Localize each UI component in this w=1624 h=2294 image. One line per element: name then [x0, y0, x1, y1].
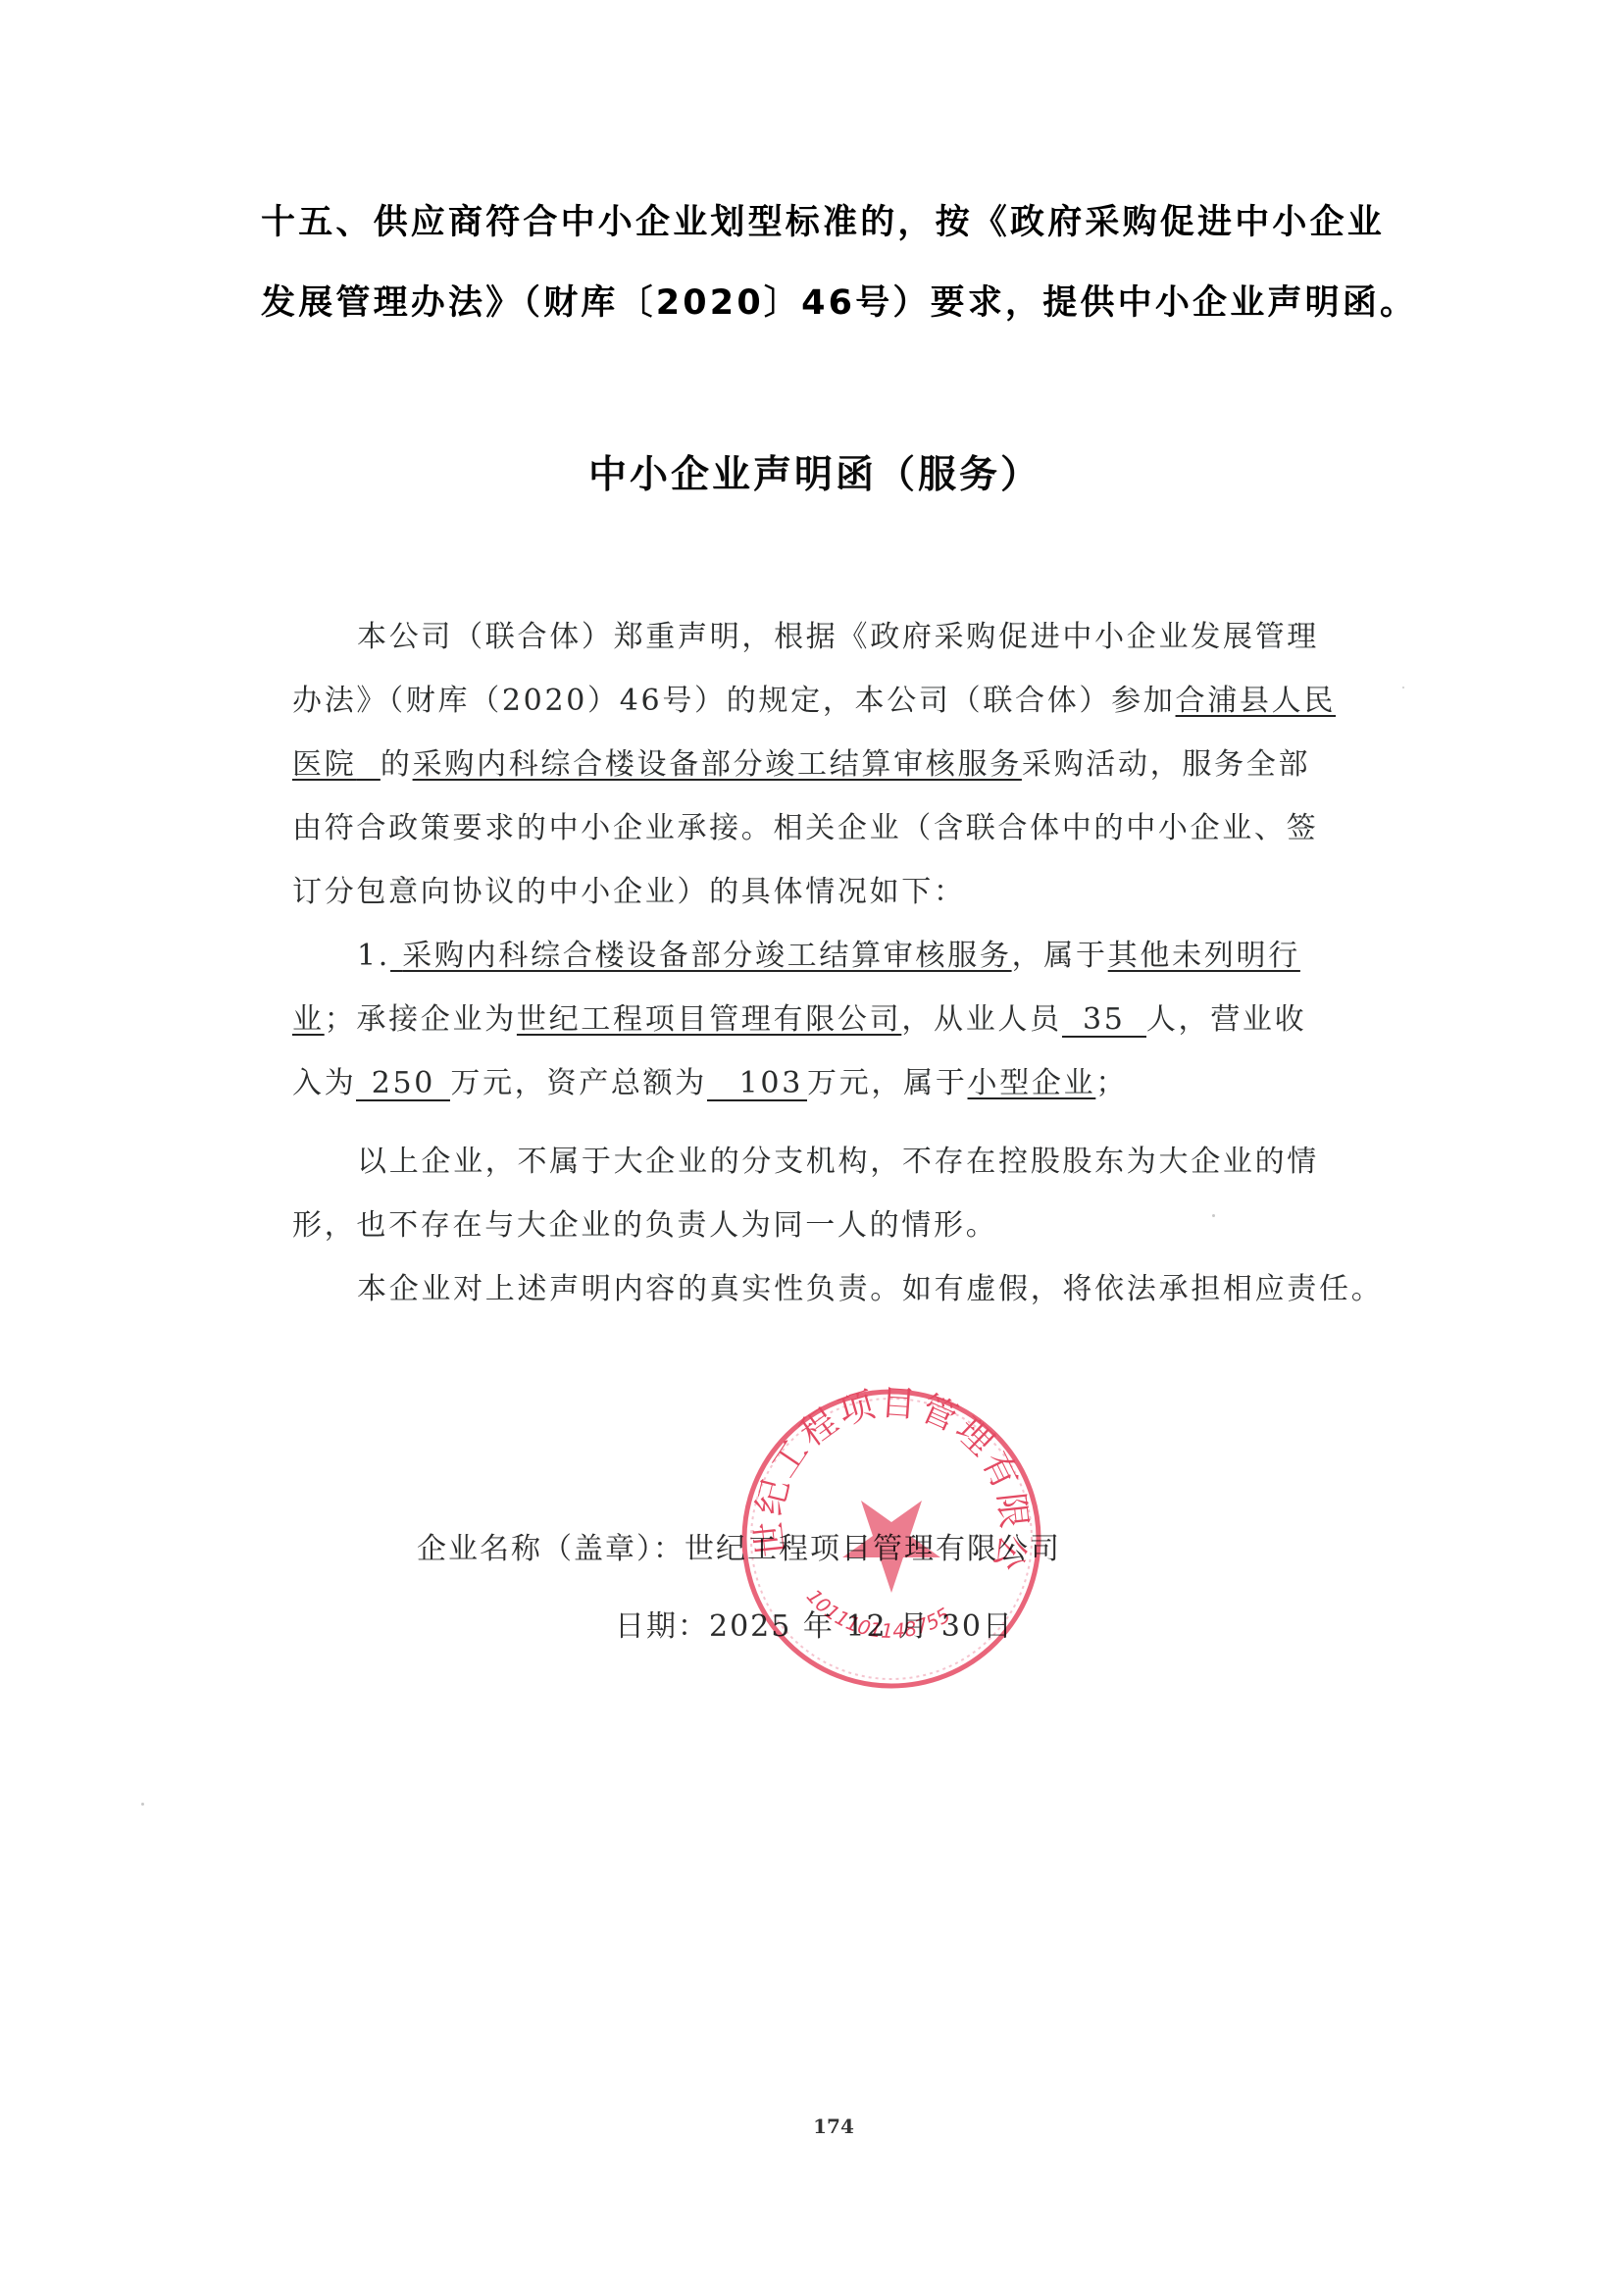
declaration-line-1: 本公司（联合体）郑重声明，根据《政府采购促进中小企业发展管理	[357, 620, 1319, 655]
declaration-text: 采购活动，服务全部	[1022, 747, 1310, 782]
item-number: 1.	[357, 939, 390, 973]
assets-field: 103	[707, 1068, 807, 1101]
enterprise-type-field: 小型企业	[968, 1066, 1096, 1100]
document-title: 中小企业声明函（服务）	[0, 453, 1624, 498]
declaration-line-5: 订分包意向协议的中小企业）的具体情况如下：	[292, 875, 966, 910]
item-text: ；	[1095, 1066, 1128, 1100]
date-label: 日期：	[615, 1609, 709, 1644]
company-seal-stamp: 世纪工程项目管理有限公司 1011101148755	[737, 1385, 1045, 1693]
project-name-field: 采购内科综合楼设备部分竣工结算审核服务	[413, 747, 1022, 782]
seal-icon: 世纪工程项目管理有限公司 1011101148755	[737, 1385, 1045, 1693]
item-1-line-1: 1. 采购内科综合楼设备部分竣工结算审核服务，属于其他未列明行	[357, 939, 1300, 974]
service-name-text: 采购内科综合楼设备部分竣工结算审核服务	[402, 939, 1011, 973]
item-text: 万元，属于	[807, 1066, 968, 1100]
item-text: 万元，资产总额为	[450, 1066, 707, 1100]
scan-speck	[141, 1803, 144, 1806]
purchaser-name-text: 医院	[292, 747, 356, 782]
declaration-text: 办法》（财库（2020）46号）的规定，本公司（联合体）参加	[292, 684, 1176, 718]
declaration-text: 的	[381, 747, 413, 782]
revenue-value: 250	[372, 1066, 435, 1100]
scan-speck	[1402, 687, 1404, 688]
responsibility-statement: 本企业对上述声明内容的真实性负责。如有虚假，将依法承担相应责任。	[357, 1272, 1383, 1307]
item-text: 人，营业收	[1146, 1002, 1307, 1037]
industry-field-cont: 业	[292, 1002, 325, 1037]
declaration-line-3: 医院 的采购内科综合楼设备部分竣工结算审核服务采购活动，服务全部	[292, 747, 1310, 783]
purchaser-name-field: 合浦县人民	[1176, 684, 1337, 718]
page-number: 174	[0, 2115, 1624, 2138]
item-1-line-3: 入为250万元，资产总额为103万元，属于小型企业；	[292, 1066, 1128, 1101]
declaration-line-2: 办法》（财库（2020）46号）的规定，本公司（联合体）参加合浦县人民	[292, 684, 1336, 719]
assets-value: 103	[739, 1066, 803, 1100]
contractor-name-field: 世纪工程项目管理有限公司	[517, 1002, 901, 1037]
statement-line-1: 以上企业，不属于大企业的分支机构，不存在控股股东为大企业的情	[357, 1145, 1319, 1180]
company-label: 企业名称（盖章）：	[417, 1532, 685, 1566]
service-name-field: 采购内科综合楼设备部分竣工结算审核服务	[390, 939, 1012, 973]
employees-field: 35	[1062, 1004, 1146, 1038]
star-icon	[842, 1501, 940, 1593]
item-1-line-2: 业；承接企业为世纪工程项目管理有限公司，从业人员35人，营业收	[292, 1002, 1306, 1038]
statement-line-2: 形，也不存在与大企业的负责人为同一人的情形。	[292, 1208, 997, 1244]
svg-text:1011101148755: 1011101148755	[802, 1585, 954, 1643]
item-text: ，从业人员	[901, 1002, 1062, 1037]
item-text: 入为	[292, 1066, 356, 1100]
item-text: ，属于	[1012, 939, 1108, 973]
employees-value: 35	[1083, 1002, 1126, 1037]
section-heading-line-1: 十五、供应商符合中小企业划型标准的，按《政府采购促进中小企业	[261, 203, 1385, 242]
scan-speck	[1212, 1214, 1215, 1217]
item-text: ；承接企业为	[325, 1002, 517, 1037]
purchaser-name-field-cont: 医院	[292, 747, 381, 782]
revenue-field: 250	[356, 1068, 450, 1101]
declaration-line-4: 由符合政策要求的中小企业承接。相关企业（含联合体中的中小企业、签	[292, 811, 1318, 846]
document-page: 十五、供应商符合中小企业划型标准的，按《政府采购促进中小企业 发展管理办法》（财…	[0, 0, 1624, 2294]
section-heading-line-2: 发展管理办法》（财库〔2020〕46号）要求，提供中小企业声明函。	[261, 283, 1417, 323]
industry-field: 其他未列明行	[1108, 939, 1300, 973]
